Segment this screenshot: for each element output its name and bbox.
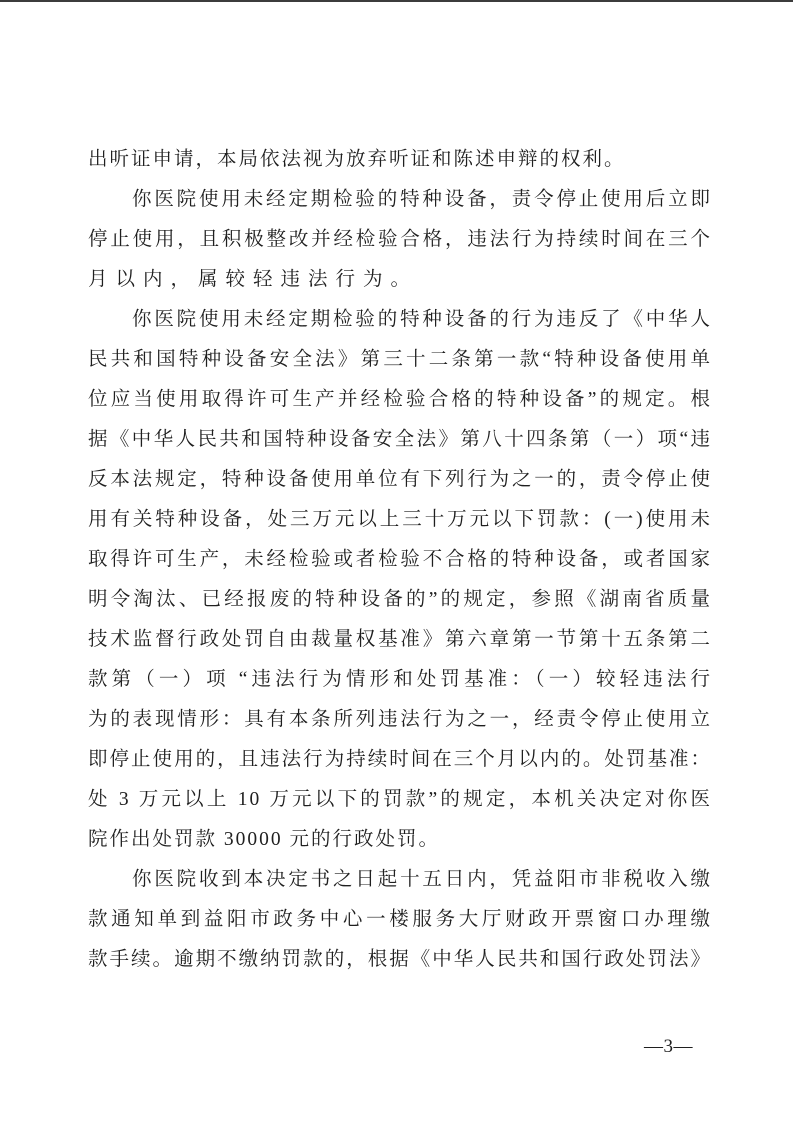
text-line: 即停止使用的，且违法行为持续时间在三个月以内的。处罚基准： — [88, 740, 712, 780]
document-page: 出听证申请，本局依法视为放弃听证和陈述申辩的权利。 你医院使用未经定期检验的特种… — [0, 0, 793, 1122]
text-line: 位应当使用取得许可生产并经检验合格的特种设备”的规定。根 — [88, 380, 712, 420]
text-line: 据《中华人民共和国特种设备安全法》第八十四条第（一）项“违 — [88, 420, 712, 460]
text-line: 民共和国特种设备安全法》第三十二条第一款“特种设备使用单 — [88, 340, 712, 380]
text-line: 你医院收到本决定书之日起十五日内，凭益阳市非税收入缴 — [88, 860, 712, 900]
text-line: 用有关特种设备，处三万元以上三十万元以下罚款：(一)使用未 — [88, 500, 712, 540]
text-line: 月以内，属较轻违法行为。 — [88, 260, 712, 300]
text-line: 款第（一）项 “违法行为情形和处罚基准：（一）较轻违法行 — [88, 660, 712, 700]
text-line: 款手续。逾期不缴纳罚款的，根据《中华人民共和国行政处罚法》 — [88, 940, 712, 980]
text-line: 你医院使用未经定期检验的特种设备的行为违反了《中华人 — [88, 300, 712, 340]
text-line: 反本法规定，特种设备使用单位有下列行为之一的，责令停止使 — [88, 460, 712, 500]
text-line: 明令淘汰、已经报废的特种设备的”的规定，参照《湖南省质量 — [88, 580, 712, 620]
text-line: 停止使用，且积极整改并经检验合格，违法行为持续时间在三个 — [88, 220, 712, 260]
page-number: —3— — [644, 1036, 693, 1058]
text-line: 取得许可生产，未经检验或者检验不合格的特种设备，或者国家 — [88, 540, 712, 580]
text-line: 出听证申请，本局依法视为放弃听证和陈述申辩的权利。 — [88, 140, 712, 180]
text-line: 你医院使用未经定期检验的特种设备，责令停止使用后立即 — [88, 180, 712, 220]
document-body: 出听证申请，本局依法视为放弃听证和陈述申辩的权利。 你医院使用未经定期检验的特种… — [88, 140, 712, 980]
scan-artifact-top-line — [0, 0, 793, 2]
text-line: 款通知单到益阳市政务中心一楼服务大厅财政开票窗口办理缴 — [88, 900, 712, 940]
text-line: 院作出处罚款 30000 元的行政处罚。 — [88, 820, 712, 860]
text-line: 技术监督行政处罚自由裁量权基准》第六章第一节第十五条第二 — [88, 620, 712, 660]
text-line: 处 3 万元以上 10 万元以下的罚款”的规定，本机关决定对你医 — [88, 780, 712, 820]
text-line: 为的表现情形：具有本条所列违法行为之一，经责令停止使用立 — [88, 700, 712, 740]
